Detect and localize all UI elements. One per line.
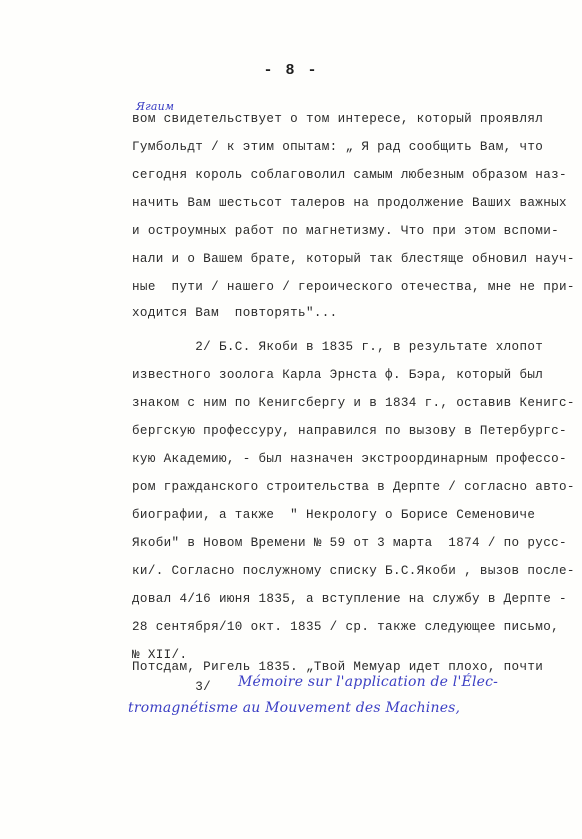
handwritten-footnote-3-line1: Mémoire sur l'application de l'Élec- [238,674,498,690]
text-line-13: кую Академию, - был назначен экстроордин… [132,451,567,467]
text-line-1: вом свидетельствует о том интересе, кото… [132,111,543,127]
text-line-7: ные пути / нашего / героического отечест… [132,279,575,295]
text-line-6: нали и о Вашем брате, который так блестя… [132,251,575,267]
text-line-12: бергскую профессуру, направился по вызов… [132,423,567,439]
text-line-14: ром гражданского строительства в Дерпте … [132,479,575,495]
document-page: - 8 - Ягаим вом свидетельствует о том ин… [0,0,582,839]
text-line-10: известного зоолога Карла Эрнста ф. Бэра,… [132,367,543,383]
text-line-9: 2/ Б.С. Якоби в 1835 г., в результате хл… [132,339,543,355]
page-number: - 8 - [0,62,582,79]
text-line-17: ки/. Согласно послужному списку Б.С.Якоб… [132,563,575,579]
text-line-16: Якоби" в Новом Времени № 59 от 3 марта 1… [132,535,567,551]
text-line-potsdam: Потсдам, Ригель 1835. „Твой Мемуар идет … [132,659,543,675]
text-line-2: Гумбольдт / к этим опытам: „ Я рад сообщ… [132,139,543,155]
text-line-15: биографии, а также " Некрологу о Борисе … [132,507,535,523]
text-line-3: сегодня король соблаговолил самым любезн… [132,167,567,183]
text-line-4: начить Вам шестьсот талеров на продолжен… [132,195,567,211]
handwritten-footnote-3-line2: tromagnétisme au Mouvement des Machines, [128,700,460,716]
text-line-11: знаком с ним по Кенигсбергу и в 1834 г.,… [132,395,575,411]
text-line-19: 28 сентября/10 окт. 1835 / ср. также сле… [132,619,559,635]
text-line-5: и остроумных работ по магнетизму. Что пр… [132,223,559,239]
text-line-8: ходится Вам повторять"... [132,305,338,321]
footnote-3-number: 3/ [132,679,211,695]
text-line-18: довал 4/16 июня 1835, а вступление на сл… [132,591,567,607]
